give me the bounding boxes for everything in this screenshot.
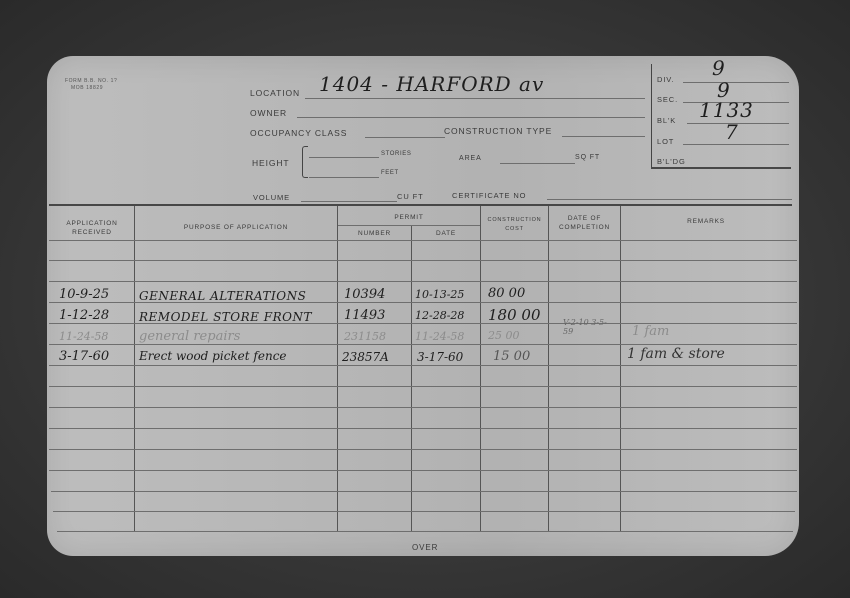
div-label: DIV. xyxy=(657,75,675,84)
owner-label: OWNER xyxy=(250,108,287,118)
row-line xyxy=(53,511,795,512)
sq-ft-label: SQ FT xyxy=(575,154,600,161)
bldg-label: B'L'DG xyxy=(657,157,686,166)
row3-permit-number[interactable]: 231158 xyxy=(344,330,386,343)
blk-value[interactable]: 1133 xyxy=(699,98,754,122)
row1-cost[interactable]: 80 00 xyxy=(488,286,525,301)
lot-line xyxy=(683,144,789,145)
form-sub-number: MOB 18829 xyxy=(71,85,103,91)
parcel-box-left-border xyxy=(651,64,652,168)
feet-label: FEET xyxy=(381,170,399,176)
row4-purpose[interactable]: Erect wood picket fence xyxy=(139,349,287,363)
row2-permit-date[interactable]: 12-28-28 xyxy=(415,309,464,322)
col-divider-cost xyxy=(548,206,549,531)
construction-type-line xyxy=(562,136,645,137)
header-permit-date: DATE xyxy=(412,229,480,238)
certificate-no-label: CERTIFICATE NO xyxy=(452,191,526,200)
row-line xyxy=(49,470,797,471)
permit-record-card: FORM B.B. NO. 1? MOB 18829 LOCATION 1404… xyxy=(47,56,799,556)
parcel-box-bottom-border xyxy=(651,167,791,169)
row-line xyxy=(49,365,797,366)
header-permit-number: NUMBER xyxy=(338,229,411,238)
row2-permit-number[interactable]: 11493 xyxy=(344,308,385,323)
col-divider-purpose xyxy=(337,206,338,531)
construction-type-label: CONSTRUCTION TYPE xyxy=(444,126,552,136)
table-top-border xyxy=(49,204,792,206)
row-line xyxy=(51,491,797,492)
header-permit: PERMIT xyxy=(338,213,480,222)
row-line xyxy=(49,344,797,345)
row-line xyxy=(57,531,793,532)
blk-label: BL'K xyxy=(657,116,676,125)
height-bracket xyxy=(302,146,308,178)
row-line xyxy=(49,281,797,282)
div-value[interactable]: 9 xyxy=(712,56,726,80)
location-value[interactable]: 1404 - HARFORD av xyxy=(319,72,544,96)
col-divider-received xyxy=(134,206,135,531)
row3-cost[interactable]: 25 00 xyxy=(488,329,520,342)
occupancy-class-label: OCCUPANCY CLASS xyxy=(250,128,347,138)
location-label: LOCATION xyxy=(250,88,300,98)
row-line xyxy=(49,386,797,387)
row2-received[interactable]: 1-12-28 xyxy=(59,308,109,323)
header-application-received: APPLICATION RECEIVED xyxy=(51,219,133,237)
area-line xyxy=(500,163,575,164)
lot-label: LOT xyxy=(657,137,674,146)
row1-purpose[interactable]: GENERAL ALTERATIONS xyxy=(139,289,306,303)
stories-label: STORIES xyxy=(381,151,411,157)
row3-remarks[interactable]: 1 fam xyxy=(632,324,669,339)
row1-permit-number[interactable]: 10394 xyxy=(344,287,385,302)
header-bottom-line xyxy=(49,240,797,241)
row1-received[interactable]: 10-9-25 xyxy=(59,287,109,302)
col-divider-permit-number xyxy=(411,225,412,531)
row4-cost[interactable]: 15 00 xyxy=(493,349,530,364)
row4-permit-date[interactable]: 3-17-60 xyxy=(417,350,463,364)
sec-label: SEC. xyxy=(657,95,678,104)
owner-line xyxy=(297,117,645,118)
certificate-no-line xyxy=(547,199,792,200)
div-line xyxy=(683,82,789,83)
row2-cost[interactable]: 180 00 xyxy=(488,306,541,324)
row-line xyxy=(49,407,797,408)
row3-purpose[interactable]: general repairs xyxy=(139,329,240,344)
lot-value[interactable]: 7 xyxy=(725,120,739,144)
header-construction-cost: CONSTRUCTION COST xyxy=(481,216,548,234)
row1-permit-date[interactable]: 10-13-25 xyxy=(415,288,464,301)
cu-ft-label: CU FT xyxy=(397,192,424,201)
volume-line xyxy=(301,201,397,202)
row3-received[interactable]: 11-24-58 xyxy=(59,330,108,343)
row4-received[interactable]: 3-17-60 xyxy=(59,349,109,364)
header-purpose: PURPOSE OF APPLICATION xyxy=(135,223,337,232)
row-line xyxy=(49,428,797,429)
occupancy-class-line xyxy=(365,137,445,138)
permit-subheader-line xyxy=(338,225,480,226)
row3-permit-date[interactable]: 11-24-58 xyxy=(415,330,464,343)
height-label: HEIGHT xyxy=(252,158,290,168)
row4-permit-number[interactable]: 23857A xyxy=(342,350,389,364)
over-label: OVER xyxy=(412,543,438,552)
volume-label: VOLUME xyxy=(253,193,290,202)
feet-line xyxy=(309,177,379,178)
header-remarks: REMARKS xyxy=(621,217,791,226)
col-divider-completion xyxy=(620,206,621,531)
row-line xyxy=(49,260,797,261)
row-line xyxy=(49,449,797,450)
header-date-of-completion: DATE OF COMPLETION xyxy=(549,214,620,232)
location-line xyxy=(305,98,645,99)
row4-remarks[interactable]: 1 fam & store xyxy=(627,346,725,362)
form-number: FORM B.B. NO. 1? xyxy=(65,78,117,84)
row3-completion[interactable]: V-2-10 3-5-59 xyxy=(563,318,613,336)
area-label: AREA xyxy=(459,155,482,162)
stories-line xyxy=(309,157,379,158)
col-divider-permit-date xyxy=(480,206,481,531)
row2-purpose[interactable]: REMODEL STORE FRONT xyxy=(139,310,312,324)
